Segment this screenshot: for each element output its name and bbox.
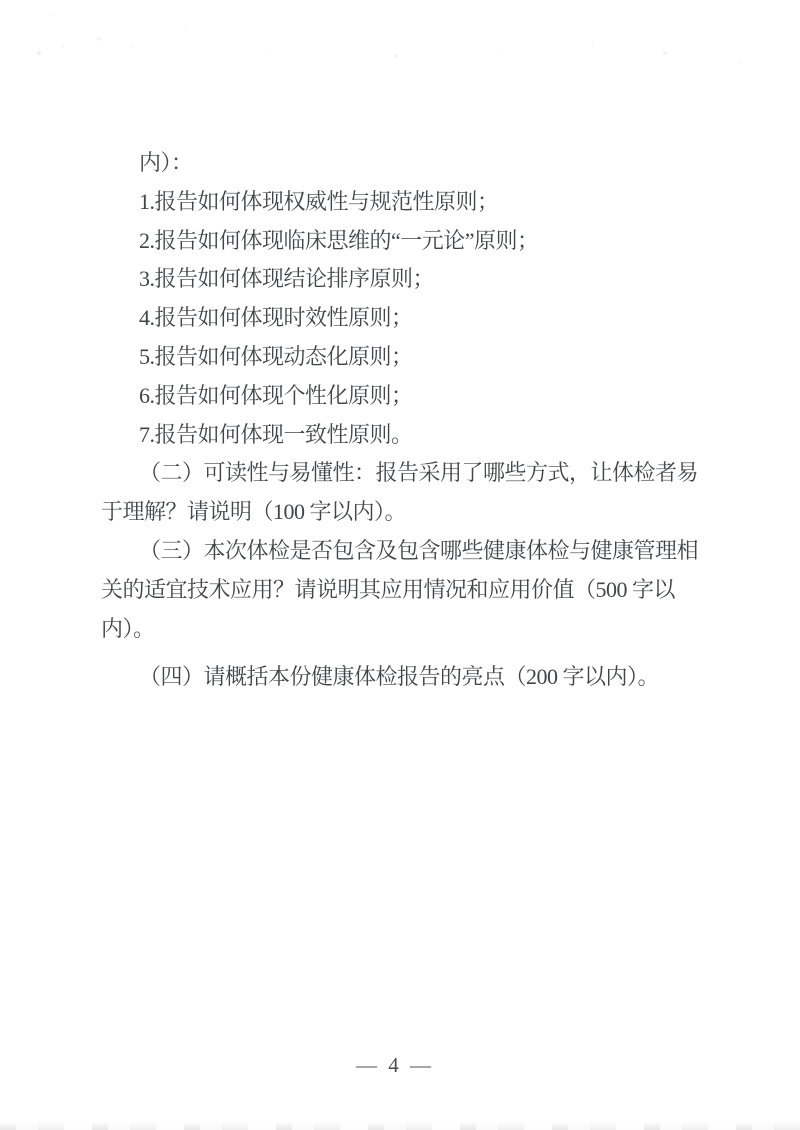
body-line-section-3-start: （三）本次体检是否包含及包含哪些健康体检与健康管理相 <box>101 532 741 571</box>
body-line-section-4: （四）请概括本份健康体检报告的亮点（200 字以内）。 <box>101 658 741 697</box>
body-line-section-3-cont: 关的适宜技术应用？请说明其应用情况和应用价值（500 字以 <box>101 571 741 610</box>
body-line-item-4: 4.报告如何体现时效性原则； <box>101 299 741 338</box>
body-line-item-3: 3.报告如何体现结论排序原则； <box>101 260 741 299</box>
body-line-item-7: 7.报告如何体现一致性原则。 <box>101 416 741 455</box>
document-page: 内）： 1.报告如何体现权威性与规范性原则； 2.报告如何体现临床思维的“一元论… <box>0 0 800 1130</box>
scan-noise-artifact <box>0 0 2 2</box>
body-line-section-3-end: 内）。 <box>101 610 741 649</box>
body-line-section-2-start: （二）可读性与易懂性：报告采用了哪些方式，让体检者易 <box>101 454 741 493</box>
scan-smudge-bottom-edge <box>0 1121 800 1130</box>
body-line-item-6: 6.报告如何体现个性化原则； <box>101 377 741 416</box>
body-line-item-2: 2.报告如何体现临床思维的“一元论”原则； <box>101 222 741 261</box>
body-line-item-1: 1.报告如何体现权威性与规范性原则； <box>101 183 741 222</box>
body-line-item-5: 5.报告如何体现动态化原则； <box>101 338 741 377</box>
document-body: 内）： 1.报告如何体现权威性与规范性原则； 2.报告如何体现临床思维的“一元论… <box>101 144 741 697</box>
page-footer: — 4 — <box>0 1052 800 1078</box>
page-number: — 4 — <box>356 1053 434 1077</box>
body-line-continuation-inner: 内）： <box>101 144 741 183</box>
body-line-section-2-cont: 于理解？请说明（100 字以内）。 <box>101 493 741 532</box>
